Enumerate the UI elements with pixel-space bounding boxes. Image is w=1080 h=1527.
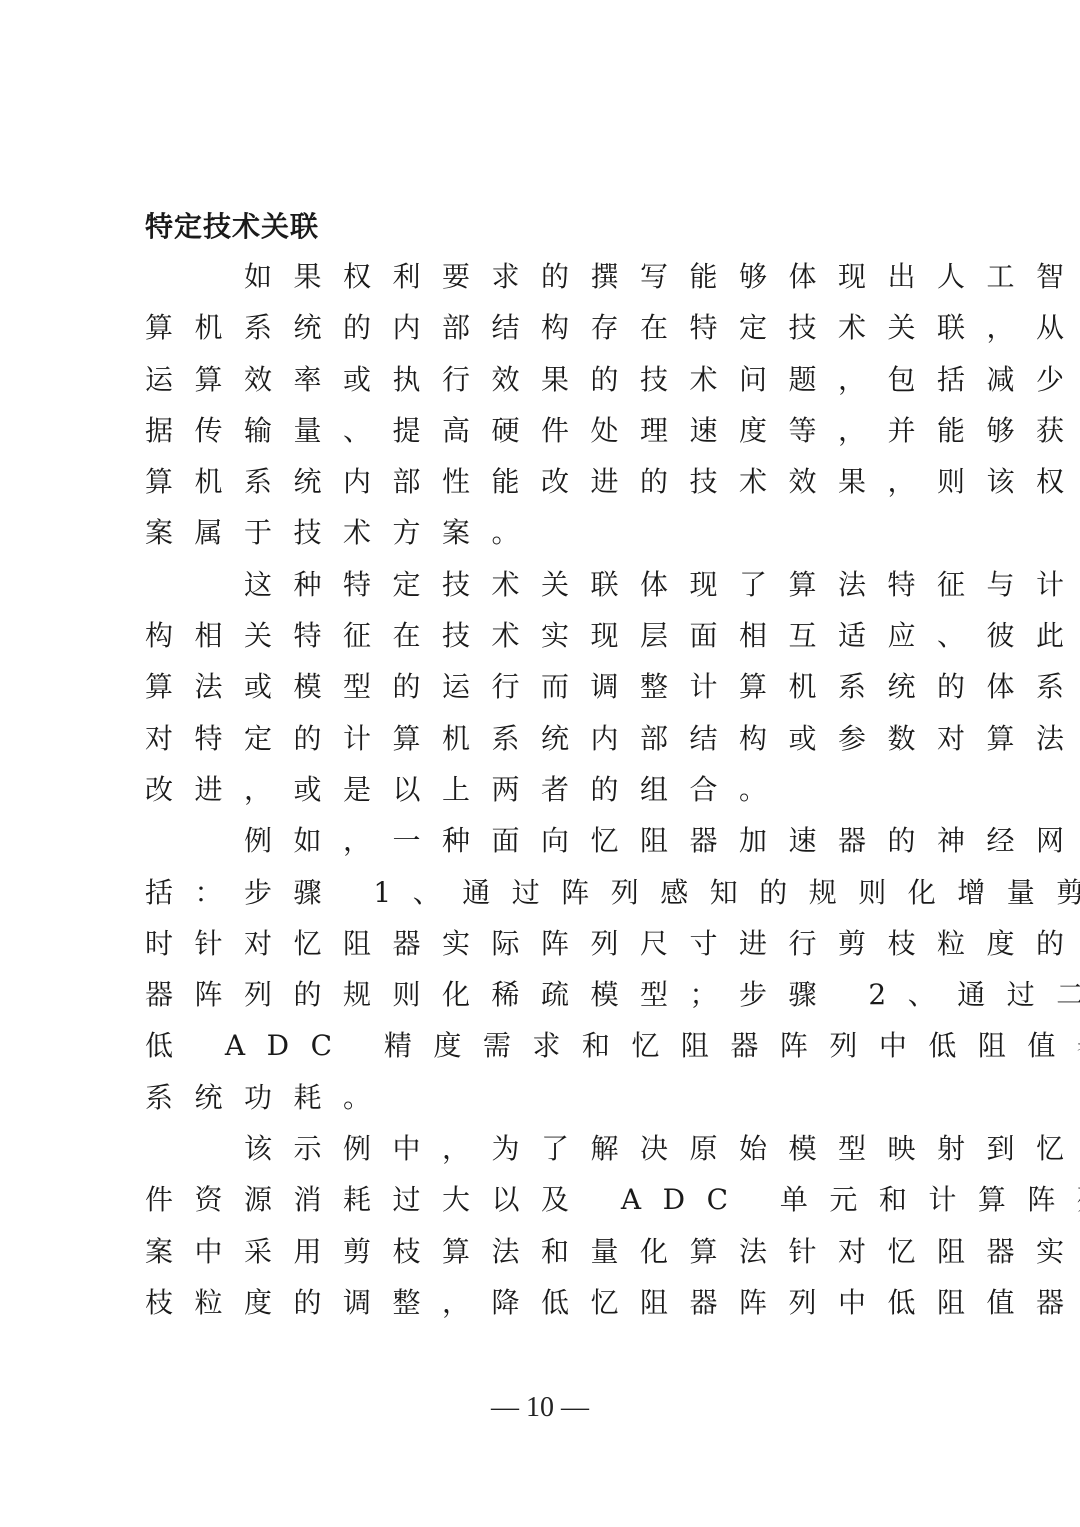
text-line: 对特定的计算机系统内部结构或参数对算法或模型作出适应性 [145,713,947,764]
text-line: 括：步骤 1、通过阵列感知的规则化增量剪枝算法，在网络裁剪 [145,867,947,918]
text-line: 运算效率或执行效果的技术问题，包括减少数据存储量、减少数 [145,354,947,405]
text-line: 时针对忆阻器实际阵列尺寸进行剪枝粒度的调整，获得适配忆阻 [145,918,947,969]
document-page: 特定技术关联 如果权利要求的撰写能够体现出人工智能算法或模型与计 算机系统的内部… [0,0,1080,1527]
text-line: 系统功耗。 [145,1072,947,1123]
paragraph-4: 该示例中，为了解决原始模型映射到忆阻器加速器上时，硬 件资源消耗过大以及 ADC… [145,1123,947,1328]
text-line: 器阵列的规则化稀疏模型；步骤 2、通过二的幂次量化算法，降 [145,969,947,1020]
text-line: 这种特定技术关联体现了算法特征与计算机系统的内部结 [145,559,947,610]
paragraph-1: 如果权利要求的撰写能够体现出人工智能算法或模型与计 算机系统的内部结构存在特定技… [145,251,947,559]
section-heading: 特定技术关联 [145,203,947,251]
text-line: 该示例中，为了解决原始模型映射到忆阻器加速器上时，硬 [145,1123,947,1174]
text-line: 改进，或是以上两者的组合。 [145,764,947,815]
document-body: 特定技术关联 如果权利要求的撰写能够体现出人工智能算法或模型与计 算机系统的内部… [145,203,947,1328]
text-line: 构相关特征在技术实现层面相互适应、彼此配合，如为支持特定 [145,610,947,661]
paragraph-3: 例如，一种面向忆阻器加速器的神经网络模型压缩方法，包 括：步骤 1、通过阵列感知… [145,815,947,1123]
text-line: 枝粒度的调整，降低忆阻器阵列中低阻值器件个数。上述手段是 [145,1277,947,1328]
text-line: 例如，一种面向忆阻器加速器的神经网络模型压缩方法，包 [145,815,947,866]
text-line: 据传输量、提高硬件处理速度等，并能够获得符合自然规律的计 [145,405,947,456]
text-line: 算机系统内部性能改进的技术效果，则该权利要求限定的解决方 [145,456,947,507]
paragraph-2: 这种特定技术关联体现了算法特征与计算机系统的内部结 构相关特征在技术实现层面相互… [145,559,947,815]
text-line: 案中采用剪枝算法和量化算法针对忆阻器实际阵列尺寸进行剪 [145,1226,947,1277]
text-line: 件资源消耗过大以及 ADC 单元和计算阵列功耗过高的问题，方 [145,1174,947,1225]
text-line: 低 ADC 精度需求和忆阻器阵列中低阻值器件个数以总体降低 [145,1020,947,1071]
text-line: 如果权利要求的撰写能够体现出人工智能算法或模型与计 [145,251,947,302]
text-line: 算法或模型的运行而调整计算机系统的体系构架或相关参数，针 [145,661,947,712]
text-line: 算机系统的内部结构存在特定技术关联，从而解决如何提升硬件 [145,302,947,353]
text-line: 案属于技术方案。 [145,507,947,558]
page-number: — 10 — [0,1392,1080,1424]
